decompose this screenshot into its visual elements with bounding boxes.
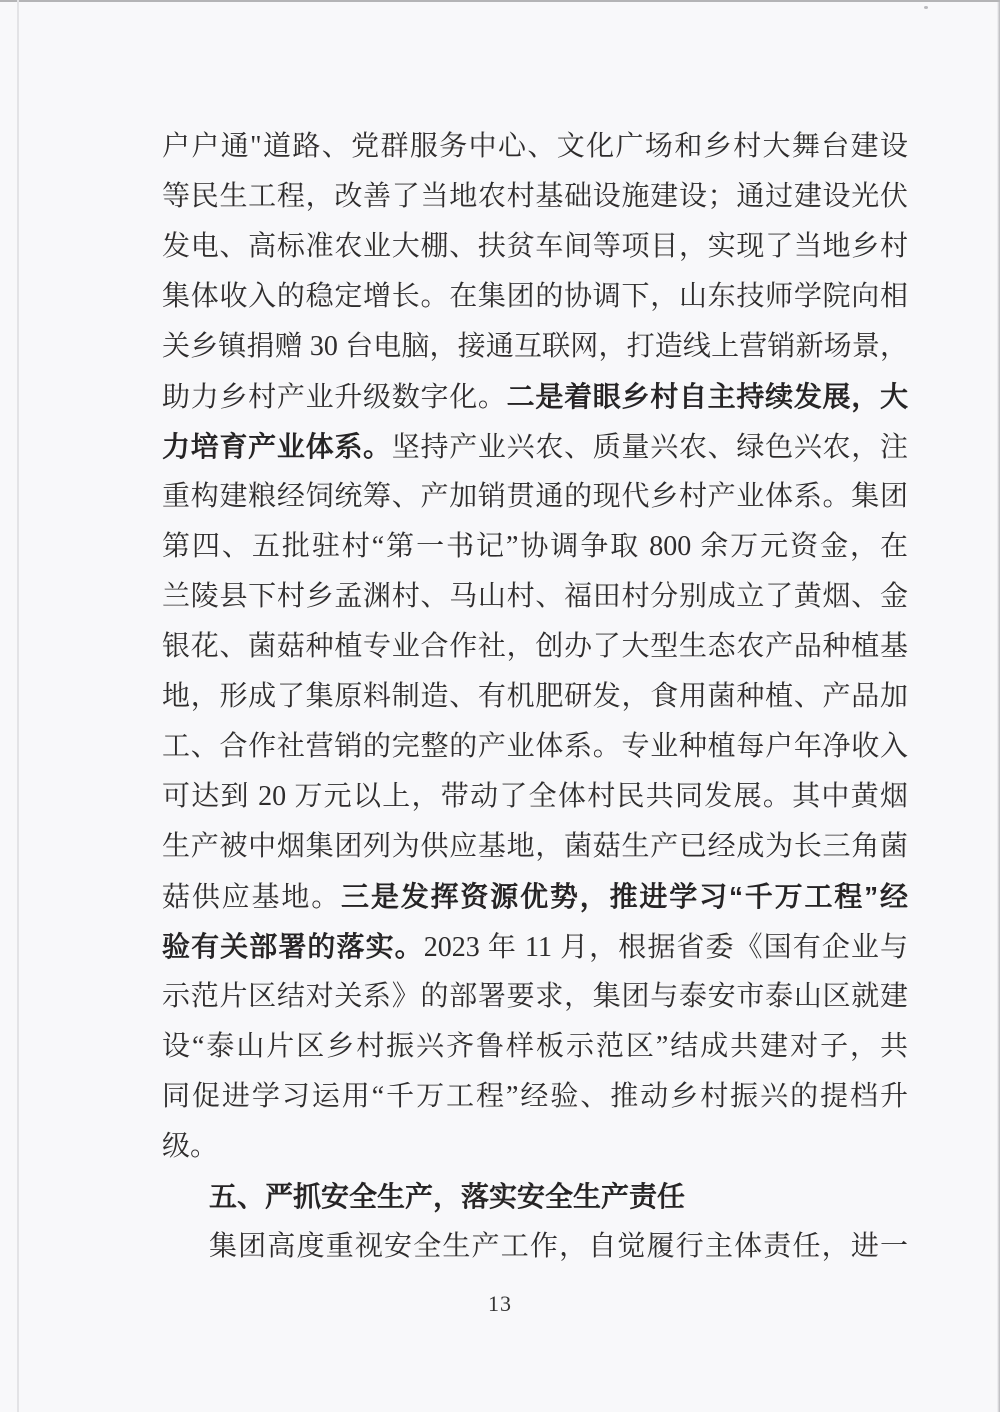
text-segment: 第四、五批驻村“第一书记”协调争取 800 余万元资金，在 bbox=[162, 531, 908, 562]
body-line: 地，形成了集原料制造、有机肥研发，食用菌种植、产品加 bbox=[162, 672, 908, 722]
text-segment: 地，形成了集原料制造、有机肥研发，食用菌种植、产品加 bbox=[162, 681, 908, 712]
text-segment: 集体收入的稳定增长。在集团的协调下，山东技师学院向相 bbox=[162, 281, 908, 312]
text-segment: 2023 年 11 月，根据省委《国有企业与 bbox=[424, 932, 908, 963]
page-number: 13 bbox=[0, 1291, 1000, 1317]
body-line: 关乡镇捐赠 30 台电脑，接通互联网，打造线上营销新场景， bbox=[162, 322, 908, 372]
body-line: 力培育产业体系。坚持产业兴农、质量兴农、绿色兴农，注 bbox=[162, 422, 908, 472]
scan-dust-speck bbox=[924, 6, 928, 9]
body-line: 同促进学习运用“千万工程”经验、推动乡村振兴的提档升 bbox=[162, 1072, 908, 1122]
body-line: 生产被中烟集团列为供应基地，菌菇生产已经成为长三角菌 bbox=[162, 822, 908, 872]
text-segment: 助力乡村产业升级数字化。 bbox=[162, 382, 507, 413]
body-line: 银花、菌菇种植专业合作社，创办了大型生态农产品种植基 bbox=[162, 622, 908, 672]
text-segment: 关乡镇捐赠 30 台电脑，接通互联网，打造线上营销新场景， bbox=[162, 331, 908, 362]
body-line: 集体收入的稳定增长。在集团的协调下，山东技师学院向相 bbox=[162, 272, 908, 322]
text-segment: 发电、高标准农业大棚、扶贫车间等项目，实现了当地乡村 bbox=[162, 231, 908, 262]
body-line: 级。 bbox=[162, 1122, 908, 1172]
text-segment: 级。 bbox=[162, 1131, 218, 1162]
body-line: 等民生工程，改善了当地农村基础设施建设；通过建设光伏 bbox=[162, 172, 908, 222]
body-line: 示范片区结对关系》的部署要求，集团与泰安市泰山区就建 bbox=[162, 972, 908, 1022]
body-line: 兰陵县下村乡孟渊村、马山村、福田村分别成立了黄烟、金 bbox=[162, 572, 908, 622]
body-line: 集团高度重视安全生产工作，自觉履行主体责任，进一 bbox=[162, 1222, 908, 1272]
text-segment: 验有关部署的落实。 bbox=[162, 931, 424, 962]
text-segment: 示范片区结对关系》的部署要求，集团与泰安市泰山区就建 bbox=[162, 981, 908, 1012]
text-segment: 同促进学习运用“千万工程”经验、推动乡村振兴的提档升 bbox=[162, 1081, 908, 1112]
text-segment: 重构建粮经饲统筹、产加销贯通的现代乡村产业体系。集团 bbox=[162, 481, 908, 512]
section-heading: 五、严抓安全生产，落实安全生产责任 bbox=[162, 1172, 908, 1222]
text-segment: 五、严抓安全生产，落实安全生产责任 bbox=[209, 1181, 685, 1212]
body-line: 户户通"道路、党群服务中心、文化广场和乡村大舞台建设 bbox=[162, 122, 908, 172]
body-line: 助力乡村产业升级数字化。二是着眼乡村自主持续发展，大 bbox=[162, 372, 908, 422]
text-block: 户户通"道路、党群服务中心、文化广场和乡村大舞台建设等民生工程，改善了当地农村基… bbox=[162, 122, 908, 1272]
body-line: 第四、五批驻村“第一书记”协调争取 800 余万元资金，在 bbox=[162, 522, 908, 572]
text-segment: 三是发挥资源优势，推进学习“千万工程”经 bbox=[341, 881, 908, 912]
text-segment: 工、合作社营销的完整的产业体系。专业种植每户年净收入 bbox=[162, 731, 908, 762]
body-line: 设“泰山片区乡村振兴齐鲁样板示范区”结成共建对子，共 bbox=[162, 1022, 908, 1072]
text-segment: 集团高度重视安全生产工作，自觉履行主体责任，进一 bbox=[209, 1231, 908, 1262]
text-segment: 银花、菌菇种植专业合作社，创办了大型生态农产品种植基 bbox=[162, 631, 908, 662]
body-line: 验有关部署的落实。2023 年 11 月，根据省委《国有企业与 bbox=[162, 922, 908, 972]
text-segment: 户户通"道路、党群服务中心、文化广场和乡村大舞台建设 bbox=[162, 131, 908, 162]
body-line: 菇供应基地。三是发挥资源优势，推进学习“千万工程”经 bbox=[162, 872, 908, 922]
body-line: 工、合作社营销的完整的产业体系。专业种植每户年净收入 bbox=[162, 722, 908, 772]
text-segment: 菇供应基地。 bbox=[162, 882, 341, 913]
scan-left-edge-line bbox=[17, 0, 19, 1412]
text-segment: 生产被中烟集团列为供应基地，菌菇生产已经成为长三角菌 bbox=[162, 831, 908, 862]
document-page: 户户通"道路、党群服务中心、文化广场和乡村大舞台建设等民生工程，改善了当地农村基… bbox=[0, 0, 1000, 1412]
body-line: 发电、高标准农业大棚、扶贫车间等项目，实现了当地乡村 bbox=[162, 222, 908, 272]
text-segment: 设“泰山片区乡村振兴齐鲁样板示范区”结成共建对子，共 bbox=[162, 1031, 908, 1062]
text-segment: 力培育产业体系。 bbox=[162, 431, 392, 462]
scan-top-edge-line bbox=[0, 0, 1000, 2]
text-segment: 可达到 20 万元以上，带动了全体村民共同发展。其中黄烟 bbox=[162, 781, 908, 812]
text-segment: 兰陵县下村乡孟渊村、马山村、福田村分别成立了黄烟、金 bbox=[162, 581, 908, 612]
body-line: 重构建粮经饲统筹、产加销贯通的现代乡村产业体系。集团 bbox=[162, 472, 908, 522]
body-line: 可达到 20 万元以上，带动了全体村民共同发展。其中黄烟 bbox=[162, 772, 908, 822]
text-segment: 坚持产业兴农、质量兴农、绿色兴农，注 bbox=[392, 432, 908, 463]
text-segment: 二是着眼乡村自主持续发展，大 bbox=[507, 381, 908, 412]
text-segment: 等民生工程，改善了当地农村基础设施建设；通过建设光伏 bbox=[162, 181, 908, 212]
